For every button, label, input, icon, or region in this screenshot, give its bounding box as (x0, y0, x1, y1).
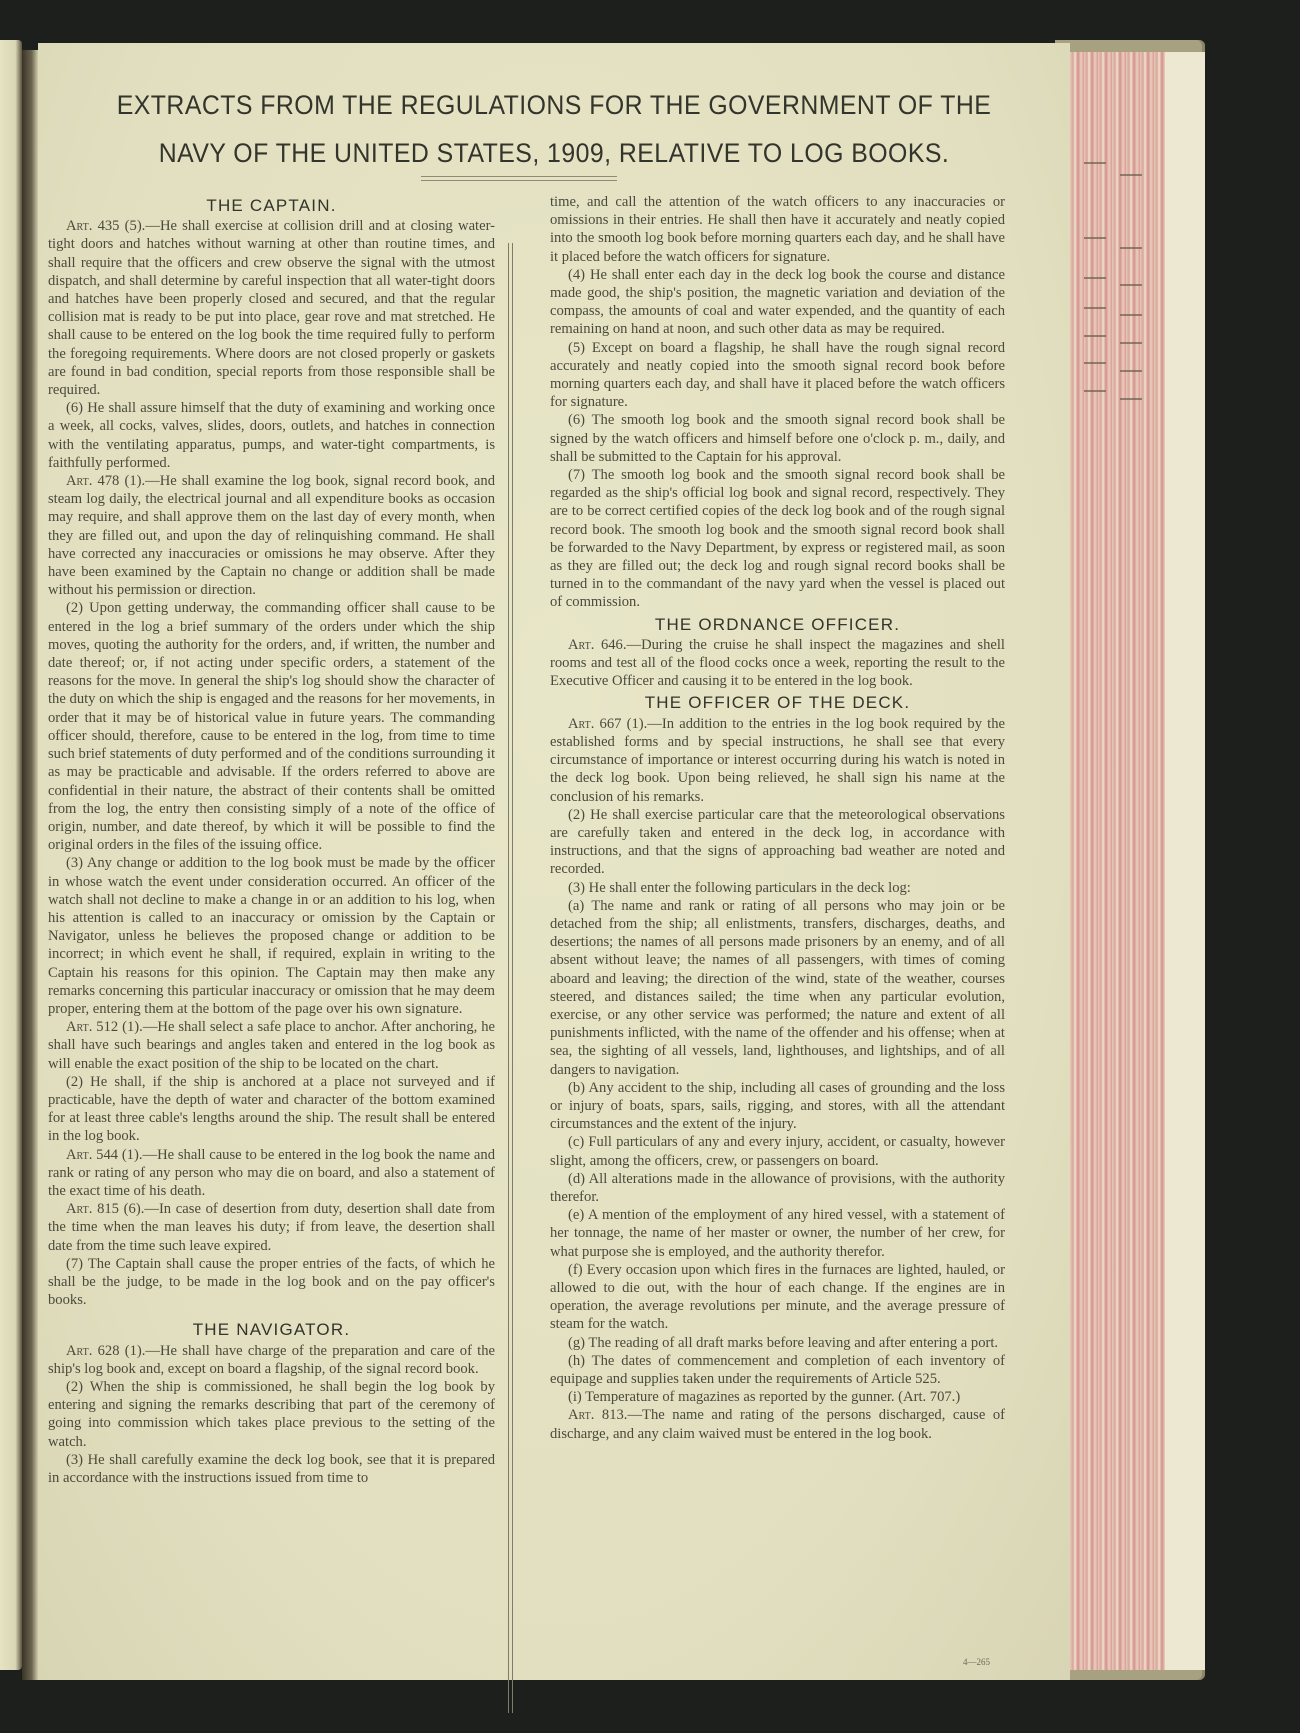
list-item: (c) Full particulars of any and every in… (550, 1133, 1005, 1169)
paragraph: Art. 813.—The name and rating of the per… (550, 1406, 1005, 1442)
page-number: 4—265 (963, 1657, 990, 1667)
paragraph: (7) The Captain shall cause the proper e… (48, 1255, 495, 1310)
article-ref: Art. 478 (1). (66, 473, 145, 489)
list-item: (d) All alterations made in the allowanc… (550, 1170, 1005, 1206)
paragraph: (4) He shall enter each day in the deck … (550, 266, 1005, 339)
edge-tick-mark (1084, 390, 1106, 392)
page-edge-white-strip (1165, 52, 1205, 1670)
left-column: THE CAPTAIN. Art. 435 (5).—He shall exer… (48, 193, 495, 1487)
paragraph: time, and call the attention of the watc… (550, 193, 1005, 266)
right-column: time, and call the attention of the watc… (550, 193, 1005, 1443)
paragraph: (6) The smooth log book and the smooth s… (550, 411, 1005, 466)
edge-tick-mark (1120, 342, 1142, 344)
paragraph: (3) He shall enter the following particu… (550, 879, 1005, 897)
list-item: (f) Every occasion upon which fires in t… (550, 1261, 1005, 1334)
article-ref: Art. 813. (568, 1407, 627, 1423)
book-gutter (22, 50, 38, 1680)
edge-tick-mark (1120, 174, 1142, 176)
paragraph: (2) He shall exercise particular care th… (550, 806, 1005, 879)
list-item: (a) The name and rank or rating of all p… (550, 897, 1005, 1079)
article-ref: Art. 667 (1). (568, 716, 647, 732)
list-item: (i) Temperature of magazines as reported… (550, 1388, 1005, 1406)
edge-tick-mark (1084, 237, 1106, 239)
paragraph: (2) He shall, if the ship is anchored at… (48, 1073, 495, 1146)
edge-tick-mark (1084, 362, 1106, 364)
paragraph: Art. 435 (5).—He shall exercise at colli… (48, 217, 495, 399)
article-ref: Art. 646. (568, 637, 626, 653)
article-ref: Art. 435 (5). (66, 218, 145, 234)
edge-tick-mark (1120, 370, 1142, 372)
title-line-2: NAVY OF THE UNITED STATES, 1909, RELATIV… (79, 129, 1028, 177)
title-double-rule (421, 176, 617, 181)
article-ref: Art. 815 (6). (66, 1201, 144, 1217)
list-item: (e) A mention of the employment of any h… (550, 1206, 1005, 1261)
column-divider (508, 243, 513, 1713)
paragraph: Art. 478 (1).—He shall examine the log b… (48, 472, 495, 599)
paragraph: (7) The smooth log book and the smooth s… (550, 466, 1005, 612)
paragraph: (5) Except on board a flagship, he shall… (550, 339, 1005, 412)
edge-tick-mark (1120, 398, 1142, 400)
paragraph: (3) Any change or addition to the log bo… (48, 854, 495, 1018)
list-item: (h) The dates of commencement and comple… (550, 1352, 1005, 1388)
paragraph: (2) When the ship is commissioned, he sh… (48, 1378, 495, 1451)
paragraph: Art. 512 (1).—He shall select a safe pla… (48, 1018, 495, 1073)
paragraph: Art. 667 (1).—In addition to the entries… (550, 715, 1005, 806)
section-heading-ordnance-officer: THE ORDNANCE OFFICER. (550, 616, 1005, 634)
paragraph-text: —He shall examine the log book, signal r… (48, 473, 495, 598)
list-item: (g) The reading of all draft marks befor… (550, 1334, 1005, 1352)
page-edges-stack (1070, 52, 1165, 1670)
edge-tick-mark (1120, 284, 1142, 286)
section-heading-navigator: THE NAVIGATOR. (48, 1321, 495, 1339)
list-item: (b) Any accident to the ship, including … (550, 1079, 1005, 1134)
paragraph: Art. 544 (1).—He shall cause to be enter… (48, 1146, 495, 1201)
article-ref: Art. 628 (1). (66, 1343, 145, 1359)
edge-tick-mark (1084, 307, 1106, 309)
facing-page-edge (0, 40, 22, 1670)
edge-tick-mark (1084, 335, 1106, 337)
paragraph-text: —He shall exercise at collision drill an… (48, 218, 495, 398)
section-heading-officer-of-the-deck: THE OFFICER OF THE DECK. (550, 694, 1005, 712)
paragraph: Art. 646.—During the cruise he shall ins… (550, 636, 1005, 691)
paragraph: (2) Upon getting underway, the commandin… (48, 599, 495, 854)
paragraph: (3) He shall carefully examine the deck … (48, 1451, 495, 1487)
paragraph: Art. 628 (1).—He shall have charge of th… (48, 1342, 495, 1378)
page-title: EXTRACTS FROM THE REGULATIONS FOR THE GO… (79, 81, 1028, 177)
article-ref: Art. 544 (1). (66, 1147, 142, 1163)
edge-tick-mark (1120, 247, 1142, 249)
article-ref: Art. 512 (1). (66, 1019, 143, 1035)
edge-tick-mark (1084, 277, 1106, 279)
document-page: EXTRACTS FROM THE REGULATIONS FOR THE GO… (38, 43, 1070, 1680)
edge-tick-mark (1084, 162, 1106, 164)
paragraph: Art. 815 (6).—In case of desertion from … (48, 1200, 495, 1255)
paragraph: (6) He shall assure himself that the dut… (48, 399, 495, 472)
title-line-1: EXTRACTS FROM THE REGULATIONS FOR THE GO… (79, 81, 1028, 129)
section-heading-captain: THE CAPTAIN. (48, 197, 495, 215)
edge-tick-mark (1120, 314, 1142, 316)
